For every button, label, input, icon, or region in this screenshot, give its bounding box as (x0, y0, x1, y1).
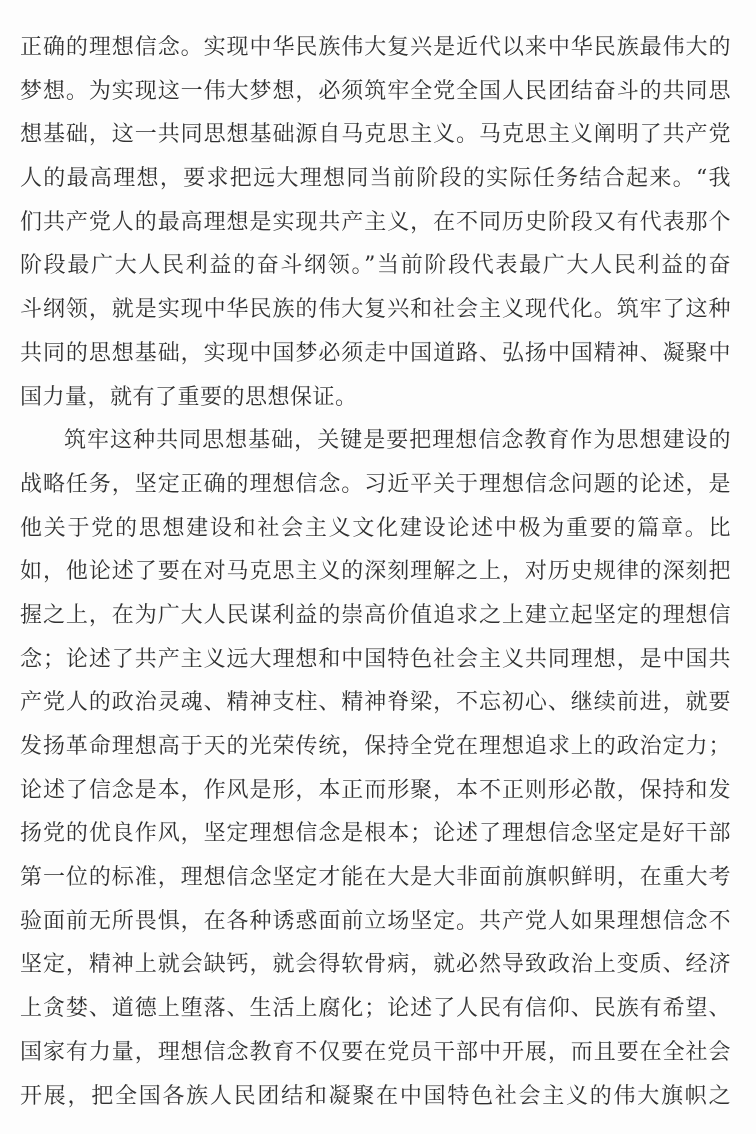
text-line: 正确的理想信念。实现中华民族伟大复兴是近代以来中华民族最伟大的 (20, 26, 731, 70)
text-line: 国力量，就有了重要的思想保证。 (20, 376, 731, 420)
text-line: 筑牢这种共同思想基础，关键是要把理想信念教育作为思想建设的 (20, 419, 731, 463)
text-line: 国家有力量，理想信念教育不仅要在党员干部中开展，而且要在全社会 (20, 1031, 731, 1075)
text-line: 共同的思想基础，实现中国梦必须走中国道路、弘扬中国精神、凝聚中 (20, 332, 731, 376)
text-line: 如，他论述了要在对马克思主义的深刻理解之上，对历史规律的深刻把 (20, 550, 731, 594)
text-line: 梦想。为实现这一伟大梦想，必须筑牢全党全国人民团结奋斗的共同思 (20, 70, 731, 114)
text-line: 想基础，这一共同思想基础源自马克思主义。马克思主义阐明了共产党 (20, 113, 731, 157)
text-line: 阶段最广大人民利益的奋斗纲领。”当前阶段代表最广大人民利益的奋 (20, 244, 731, 288)
text-line: 战略任务，坚定正确的理想信念。习近平关于理想信念问题的论述，是 (20, 463, 731, 507)
text-line: 他关于党的思想建设和社会主义文化建设论述中极为重要的篇章。比 (20, 507, 731, 551)
text-line: 论述了信念是本，作风是形，本正而形聚，本不正则形必散，保持和发 (20, 769, 731, 813)
text-line: 念；论述了共产主义远大理想和中国特色社会主义共同理想，是中国共 (20, 638, 731, 682)
text-line: 坚定，精神上就会缺钙，就会得软骨病，就必然导致政治上变质、经济 (20, 943, 731, 987)
paragraph-2: 筑牢这种共同思想基础，关键是要把理想信念教育作为思想建设的 战略任务，坚定正确的… (20, 419, 731, 1118)
text-line: 斗纲领，就是实现中华民族的伟大复兴和社会主义现代化。筑牢了这种 (20, 288, 731, 332)
text-line: 第一位的标准，理想信念坚定才能在大是大非面前旗帜鲜明，在重大考 (20, 856, 731, 900)
text-line: 验面前无所畏惧，在各种诱惑面前立场坚定。共产党人如果理想信念不 (20, 900, 731, 944)
text-line: 上贪婪、道德上堕落、生活上腐化；论述了人民有信仰、民族有希望、 (20, 987, 731, 1031)
text-line: 握之上，在为广大人民谋利益的崇高价值追求之上建立起坚定的理想信 (20, 594, 731, 638)
document-page: 正确的理想信念。实现中华民族伟大复兴是近代以来中华民族最伟大的 梦想。为实现这一… (0, 0, 756, 1134)
text-line: 开展，把全国各族人民团结和凝聚在中国特色社会主义的伟大旗帜之 (20, 1075, 731, 1119)
paragraph-1: 正确的理想信念。实现中华民族伟大复兴是近代以来中华民族最伟大的 梦想。为实现这一… (20, 26, 731, 419)
text-line: 扬党的优良作风，坚定理想信念是根本；论述了理想信念坚定是好干部 (20, 812, 731, 856)
text-line: 产党人的政治灵魂、精神支柱、精神脊梁，不忘初心、继续前进，就要 (20, 681, 731, 725)
text-line: 们共产党人的最高理想是实现共产主义，在不同历史阶段又有代表那个 (20, 201, 731, 245)
text-line: 人的最高理想，要求把远大理想同当前阶段的实际任务结合起来。“我 (20, 157, 731, 201)
text-line: 发扬革命理想高于天的光荣传统，保持全党在理想追求上的政治定力； (20, 725, 731, 769)
